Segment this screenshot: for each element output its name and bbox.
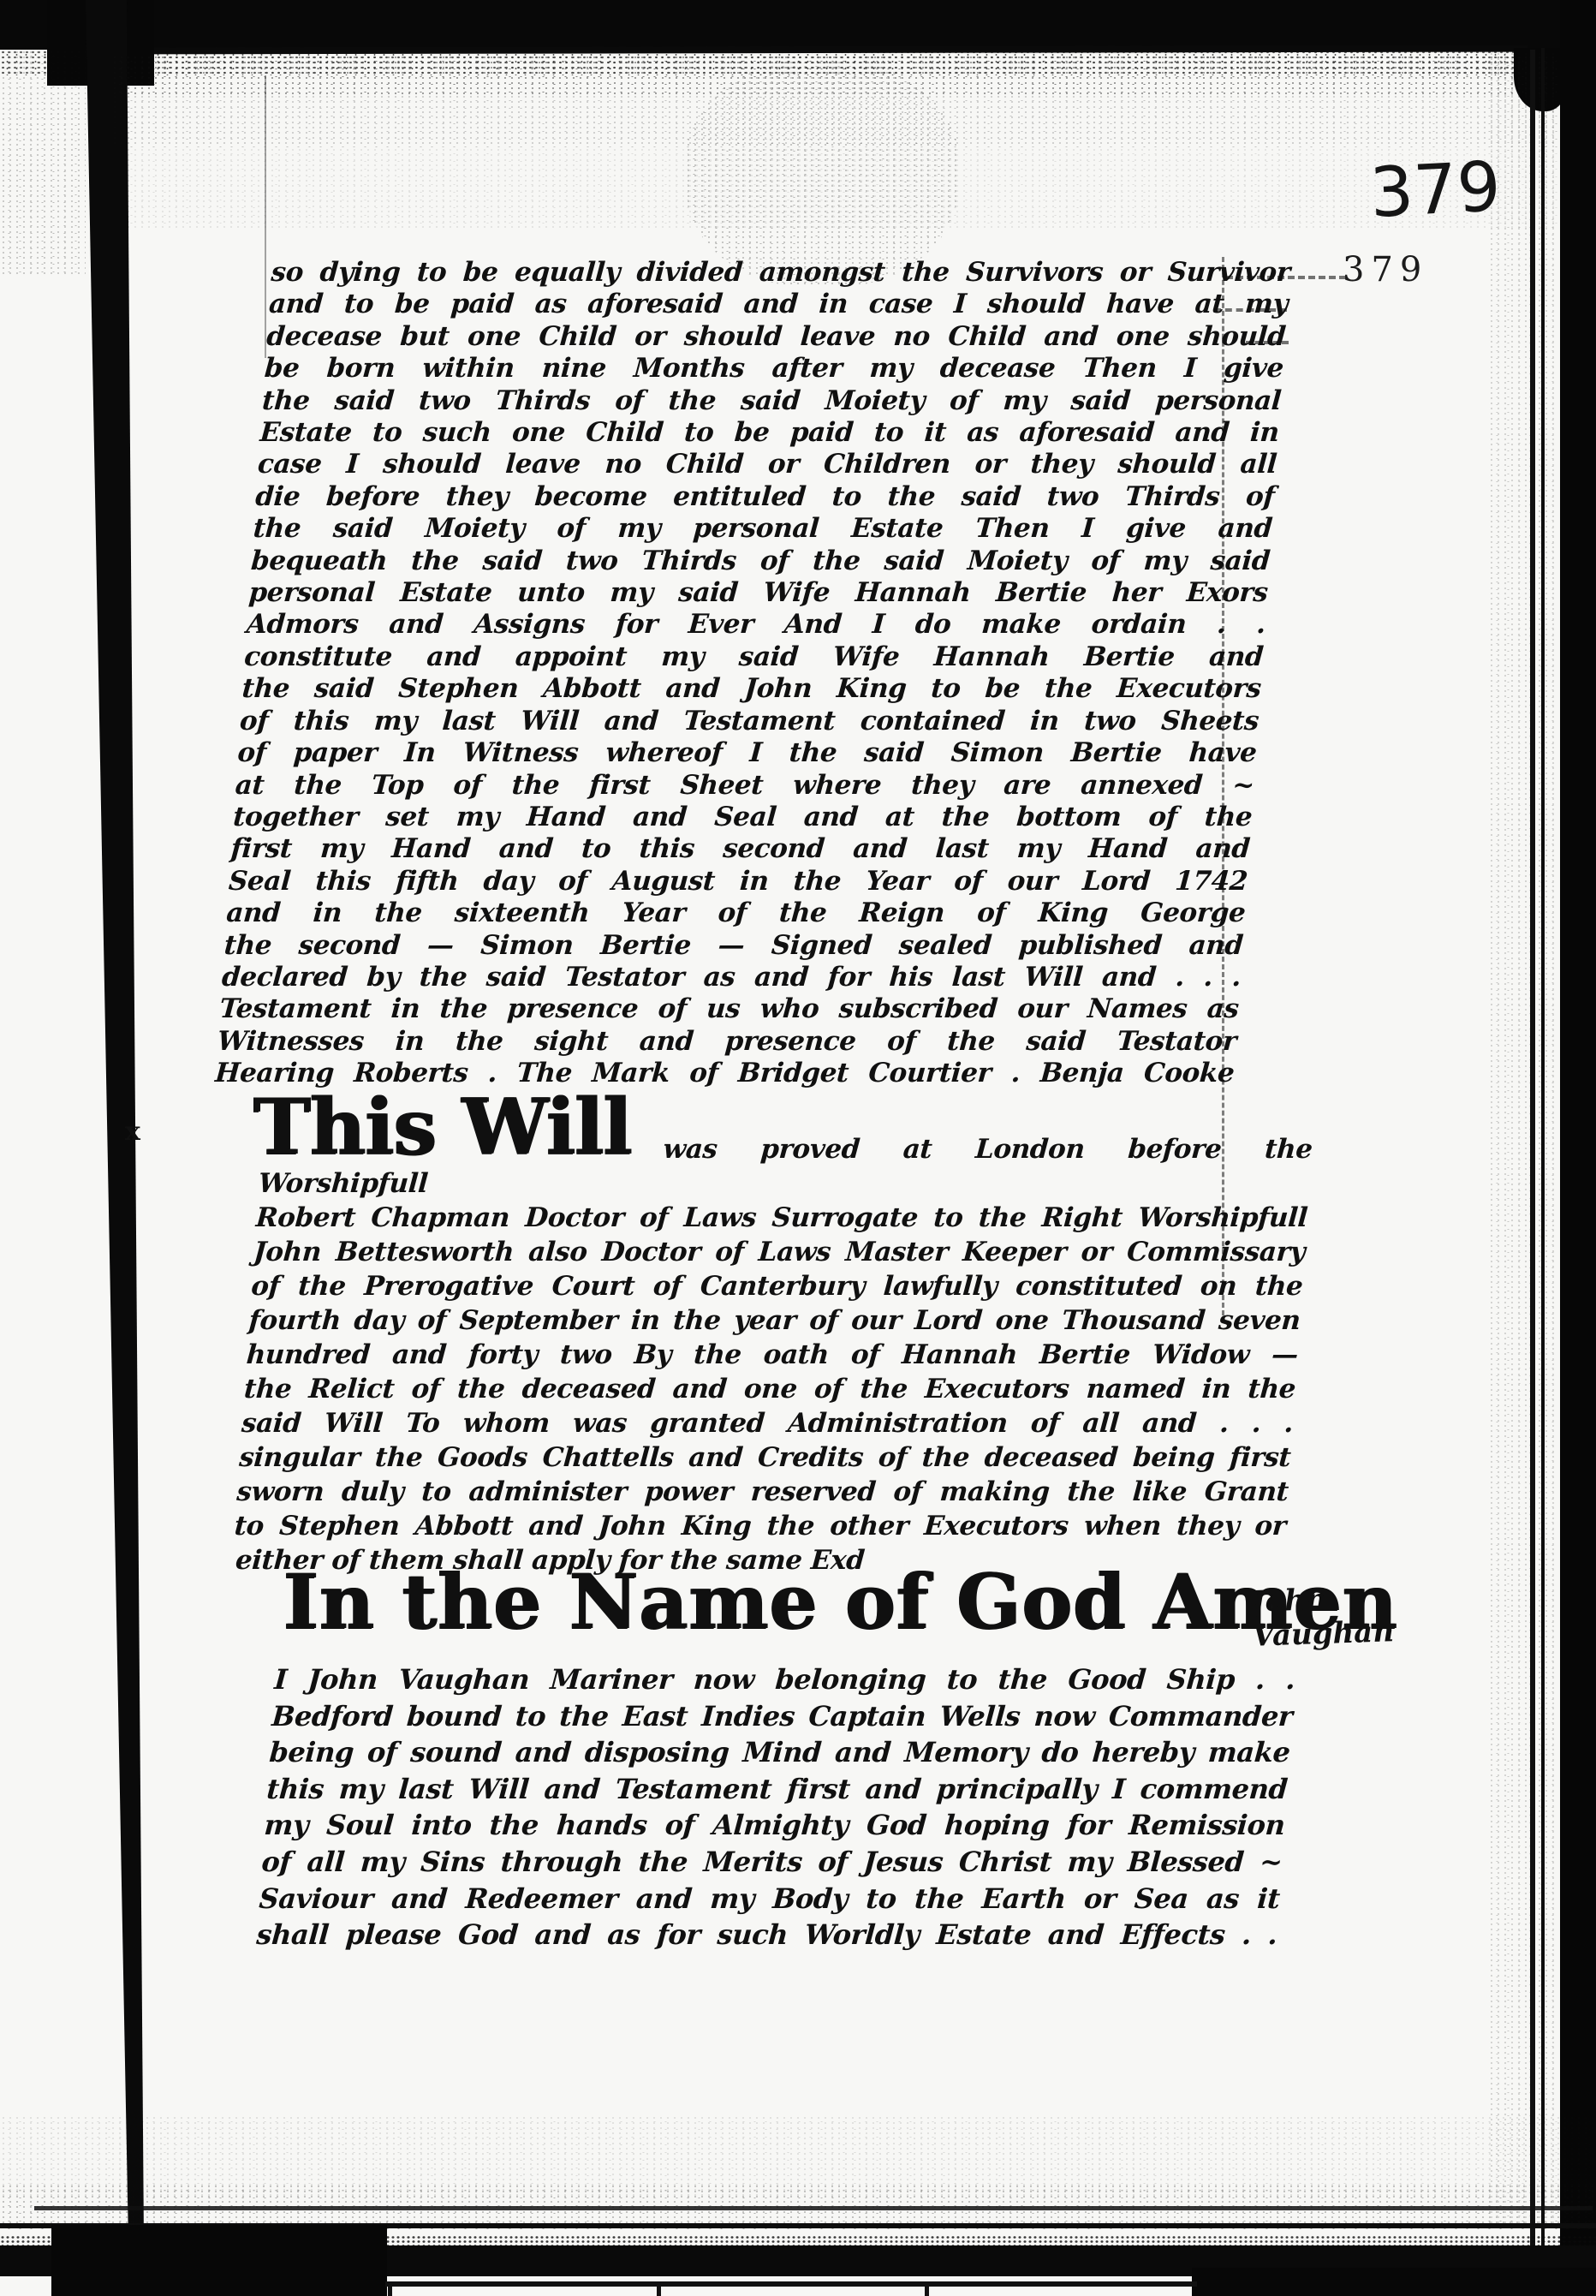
margin-note-line: John: [1251, 1580, 1394, 1619]
text-line: Saviour and Redeemer and my Body to the …: [258, 1881, 1281, 1917]
margin-note-testator: John Vaughan: [1251, 1580, 1395, 1654]
scan-noise: [685, 60, 959, 287]
scan-noise: [0, 50, 86, 277]
text-line: decease but one Child or should leave no…: [265, 321, 1287, 353]
scan-noise: [1488, 51, 1558, 2227]
scan-bottom-streak: [34, 2206, 1593, 2210]
vaughan-will-heading: In the Name of God Amen: [283, 1560, 1397, 1643]
paper-fold-line: [265, 75, 266, 358]
probate-text: was proved at London before the Worshipf…: [231, 1132, 1313, 1577]
folio-number-handwritten: 379: [1368, 151, 1503, 230]
text-line: be born within nine Months after my dece…: [264, 353, 1285, 385]
text-line: this my last Will and Testament first an…: [265, 1771, 1289, 1808]
text-line: first my Hand and to this second and las…: [229, 833, 1251, 865]
text-line: of paper In Witness whereof I the said S…: [236, 737, 1258, 769]
text-line: die before they become entituled to the …: [254, 481, 1276, 513]
text-line: of this my last Will and Testament conta…: [239, 706, 1260, 737]
text-line: to Stephen Abbott and John King the othe…: [233, 1509, 1287, 1543]
text-line: together set my Hand and Seal and at the…: [232, 802, 1254, 833]
scan-bottom-left-block: [51, 2225, 387, 2296]
text-line: shall please God and as for such Worldly…: [255, 1917, 1278, 1953]
text-line: at the Top of the first Sheet where they…: [235, 770, 1256, 802]
text-line: sworn duly to administer power reserved …: [235, 1475, 1289, 1509]
text-line: Testament in the presence of us who subs…: [218, 993, 1240, 1025]
text-line: the Relict of the deceased and one of th…: [243, 1372, 1297, 1406]
text-line: case I should leave no Child or Children…: [257, 449, 1278, 480]
text-line: fourth day of September in the year of o…: [247, 1303, 1301, 1338]
text-line: so dying to be equally divided amongst t…: [270, 257, 1291, 289]
text-line: said Will To whom was granted Administra…: [241, 1406, 1295, 1440]
margin-check-mark: x: [125, 1117, 140, 1147]
folio-number-printed: 379: [1343, 250, 1428, 289]
text-line: was proved at London before the Worshipf…: [257, 1132, 1313, 1201]
text-line: declared by the said Testator as and for…: [221, 962, 1242, 993]
next-page-table-border: [385, 2281, 1197, 2287]
text-line: singular the Goods Chattells and Credits…: [238, 1440, 1292, 1475]
text-line: my Soul into the hands of Almighty God h…: [263, 1807, 1286, 1844]
text-line: hundred and forty two By the oath of Han…: [245, 1338, 1299, 1372]
vaughan-will-text: I John Vaughan Mariner now belonging to …: [255, 1661, 1296, 1953]
text-line: Estate to such one Child to be paid to i…: [259, 417, 1280, 449]
text-line: and to be paid as aforesaid and in case …: [268, 289, 1289, 320]
text-line: the said two Thirds of the said Moiety o…: [261, 385, 1283, 417]
text-line: I John Vaughan Mariner now belonging to …: [273, 1661, 1296, 1698]
margin-note-line: Vaughan: [1252, 1614, 1395, 1654]
next-page-table-divider: [388, 2281, 392, 2296]
scan-bottom-right-block: [1192, 2268, 1596, 2296]
bertie-will-text: so dying to be equally divided amongst t…: [214, 257, 1291, 1090]
text-line: the said Moiety of my personal Estate Th…: [252, 513, 1273, 545]
text-line: the second — Simon Bertie — Signed seale…: [223, 930, 1244, 962]
text-line: Admors and Assigns for Ever And I do mak…: [246, 609, 1267, 641]
text-line: Witnesses in the sight and presence of t…: [217, 1026, 1238, 1058]
text-line: the said Stephen Abbott and John King to…: [241, 673, 1262, 705]
text-line: Bedford bound to the East Indies Captain…: [271, 1698, 1294, 1735]
text-line: personal Estate unto my said Wife Hannah…: [247, 577, 1269, 609]
text-line: bequeath the said two Thirds of the said…: [250, 546, 1271, 577]
text-line: Robert Chapman Doctor of Laws Surrogate …: [255, 1201, 1309, 1235]
text-line: John Bettesworth also Doctor of Laws Mas…: [253, 1235, 1307, 1269]
text-line: and in the sixteenth Year of the Reign o…: [225, 898, 1247, 929]
next-page-table-divider: [925, 2281, 929, 2296]
text-line: being of sound and disposing Mind and Me…: [268, 1734, 1291, 1771]
text-line: constitute and appoint my said Wife Hann…: [243, 641, 1265, 673]
scanned-will-page: 379 379 x so dying to be equally divided…: [0, 0, 1596, 2296]
next-page-table-divider: [657, 2281, 661, 2296]
text-line: of the Prerogative Court of Canterbury l…: [250, 1269, 1304, 1303]
text-line: of all my Sins through the Merits of Jes…: [260, 1844, 1283, 1881]
text-line: Seal this fifth day of August in the Yea…: [228, 866, 1249, 898]
